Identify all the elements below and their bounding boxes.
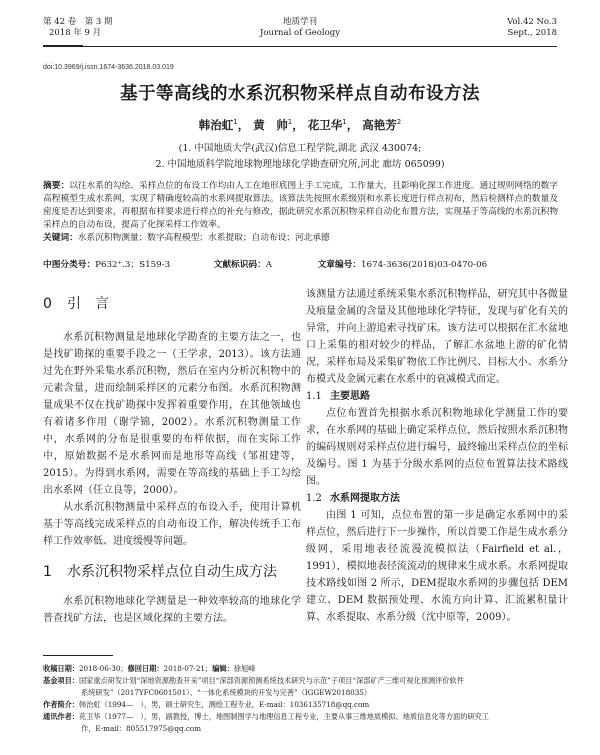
corresponding-text: 花卫华（1977— ），男，副教授，博士，地图制图学与地理信息工程专业，主要从事… bbox=[79, 712, 489, 721]
author-bio-text: 韩治虹（1994— ），男，硕士研究生，测绘工程专业，E-mail：103613… bbox=[79, 700, 369, 709]
author-separator: ， bbox=[347, 118, 359, 132]
author-name: 韩治虹 bbox=[199, 118, 234, 132]
author-affiliation-mark: 2 bbox=[397, 118, 401, 126]
fund-text: 国家重点研发计划“深地资源勘查开采”项目“深部资源预测系统技术研究与示范”子项目… bbox=[79, 676, 464, 685]
article-number-value: 1674-3636(2018)03-0470-06 bbox=[361, 260, 487, 270]
author-separator: ， bbox=[292, 118, 304, 132]
footnote-corresponding: 通讯作者：花卫华（1977— ），男，副教授，博士，地图制图学与地理信息工程专业… bbox=[43, 711, 563, 723]
subsection-heading-1-1: 1.1主要思路 bbox=[306, 388, 568, 405]
clc-label: 中图分类号： bbox=[43, 260, 95, 270]
header-rule bbox=[43, 46, 557, 47]
section-heading-1: 1水系沉积物采样点位自动生成方法 bbox=[43, 564, 301, 581]
fund-label: 基金项目： bbox=[43, 676, 79, 685]
section-heading-0: 0引 言 bbox=[43, 296, 301, 313]
doc-code-label: 文献标识码： bbox=[214, 260, 266, 270]
doc-code-value: A bbox=[266, 260, 272, 270]
paragraph: 点位布置首先根据水系沉积物地球化学测量工作的要求，在水系网的基础上确定采样点位，… bbox=[306, 405, 568, 490]
paragraph: 水系沉积物地球化学测量是一种效率较高的地球化学普查找矿方法，也是区域化探的主要方… bbox=[43, 593, 301, 627]
author-name: 高艳芳 bbox=[362, 118, 397, 132]
received-label: 收稿日期： bbox=[43, 664, 79, 673]
subsection-title: 水系网提取方法 bbox=[330, 493, 400, 504]
keywords: 关键词：水系沉积物测量；数字高程模型；水系提取；自动布设；河北承德 bbox=[43, 232, 558, 245]
paragraph: 该测量方法通过系统采集水系沉积物样品，研究其中各微量及痕量金属的含量及其他地球化… bbox=[306, 286, 568, 388]
footnote-author: 作者简介：韩治虹（1994— ），男，硕士研究生，测绘工程专业，E-mail：1… bbox=[43, 699, 563, 711]
date-cn: 2018 年 9 月 bbox=[43, 28, 113, 39]
affiliation-2: 2. 中国地质科学院地球物理地球化学勘查研究所,河北 廊坊 065099) bbox=[0, 156, 600, 170]
abstract-text: 以往水系的勾绘、采样点位的布设工作均由人工在地形底图上手工完成，工作量大，且影响… bbox=[43, 181, 558, 230]
footnotes: 收稿日期：2018-06-30；修回日期：2018-07-21；编辑：徐旭峰 基… bbox=[43, 663, 563, 735]
section-number: 0 bbox=[43, 296, 67, 313]
footnote-rule bbox=[43, 655, 113, 656]
keywords-label: 关键词： bbox=[43, 233, 78, 243]
date-en: Sept., 2018 bbox=[507, 28, 557, 39]
section-number: 1 bbox=[43, 564, 67, 581]
right-column: 该测量方法通过系统采集水系沉积物样品，研究其中各微量及痕量金属的含量及其他地球化… bbox=[306, 286, 568, 626]
paper-title: 基于等高线的水系沉积物采样点自动布设方法 bbox=[0, 80, 600, 105]
section-title: 引 言 bbox=[67, 296, 109, 312]
revised-label: 修回日期： bbox=[128, 664, 164, 673]
subsection-number: 1.1 bbox=[306, 388, 330, 405]
paragraph: 水系沉积物测量是地球化学勘查的主要方法之一，也是找矿勘探的重要手段之一（王学求，… bbox=[43, 329, 301, 499]
keywords-text: 水系沉积物测量；数字高程模型；水系提取；自动布设；河北承德 bbox=[78, 233, 330, 243]
left-column: 0引 言 水系沉积物测量是地球化学勘查的主要方法之一，也是找矿勘探的重要手段之一… bbox=[43, 296, 301, 627]
author-bio-label: 作者简介： bbox=[43, 700, 79, 709]
abstract: 摘要：以往水系的勾绘、采样点位的布设工作均由人工在地形底图上手工完成，工作量大，… bbox=[43, 180, 558, 245]
subsection-title: 主要思路 bbox=[330, 391, 370, 402]
volume-issue-cn: 第 42 卷 第 3 期 bbox=[43, 17, 113, 28]
subsection-heading-1-2: 1.2水系网提取方法 bbox=[306, 490, 568, 507]
footnote-fund-cont: 系统研发”（2017YFC0601501）、“一体化系统模块的开发与完善”（IG… bbox=[43, 687, 563, 699]
header-rule-accent bbox=[43, 45, 83, 47]
running-header-center: 地质学刊 Journal of Geology bbox=[200, 17, 400, 39]
abstract-label: 摘要： bbox=[43, 181, 69, 191]
revised-date: 2018-07-21； bbox=[164, 664, 213, 673]
author-name: 花卫华 bbox=[308, 118, 343, 132]
paragraph: 从水系沉积物测量中采样点的布设入手，使用计算机基于等高线完成采样点的自动布设工作… bbox=[43, 499, 301, 550]
corresponding-label: 通讯作者： bbox=[43, 712, 79, 721]
classification-line: 中图分类号：P632⁺.3；S159-3 文献标识码：A 文章编号：1674-3… bbox=[43, 258, 558, 270]
editor-name: 徐旭峰 bbox=[234, 664, 256, 673]
running-header-left: 第 42 卷 第 3 期 2018 年 9 月 bbox=[43, 17, 113, 39]
footnote-corresponding-cont: 作，E-mail：805517975@qq.com bbox=[43, 723, 563, 735]
author-name: 黄 帅 bbox=[253, 118, 288, 132]
volume-issue-en: Vol.42 No.3 bbox=[507, 17, 557, 28]
article-number-label: 文章编号： bbox=[318, 260, 361, 270]
author-list: 韩治虹1， 黄 帅1， 花卫华1， 高艳芳2 bbox=[0, 117, 600, 133]
author-separator: ， bbox=[238, 118, 250, 132]
clc-value: P632⁺.3；S159-3 bbox=[95, 260, 170, 270]
footnote-dates: 收稿日期：2018-06-30；修回日期：2018-07-21；编辑：徐旭峰 bbox=[43, 663, 563, 675]
section-title: 水系沉积物采样点位自动生成方法 bbox=[67, 564, 277, 580]
journal-name-cn: 地质学刊 bbox=[200, 17, 400, 28]
journal-name-en: Journal of Geology bbox=[200, 28, 400, 39]
subsection-number: 1.2 bbox=[306, 490, 330, 507]
paragraph: 由图 1 可知，点位布置的第一步是确定水系网中的采样点位，然后进行下一步操作，所… bbox=[306, 507, 568, 626]
received-date: 2018-06-30； bbox=[79, 664, 128, 673]
running-header-right: Vol.42 No.3 Sept., 2018 bbox=[507, 17, 557, 39]
doi: doi:10.3969/j.issn.1674-3636.2018.03.019 bbox=[43, 64, 174, 71]
editor-label: 编辑： bbox=[212, 664, 234, 673]
affiliation-1: (1. 中国地质大学(武汉)信息工程学院,湖北 武汉 430074; bbox=[0, 140, 600, 154]
footnote-fund: 基金项目：国家重点研发计划“深地资源勘查开采”项目“深部资源预测系统技术研究与示… bbox=[43, 675, 563, 687]
